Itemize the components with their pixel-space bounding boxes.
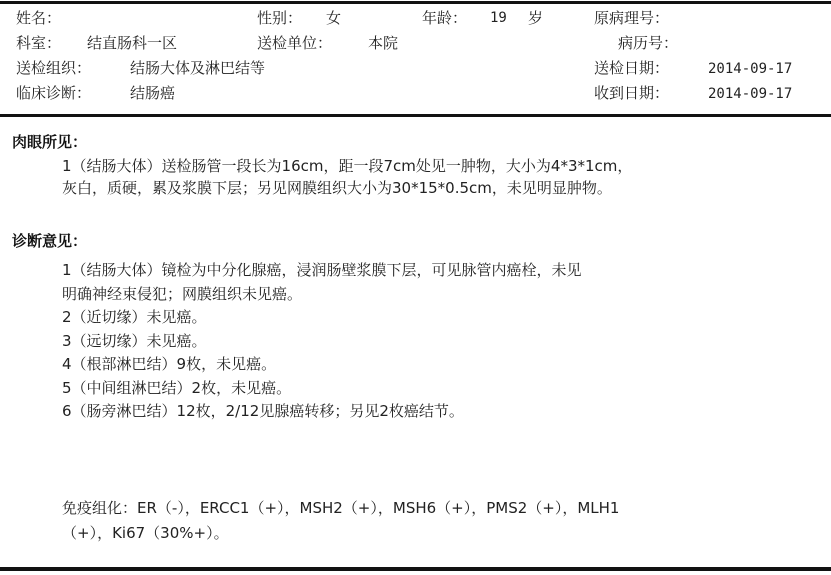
gender-value: 女 (326, 9, 341, 27)
diagnosis-line: 明确神经束侵犯；网膜组织未见癌。 (62, 283, 582, 307)
ihc-text: 免疫组化：ER（-），ERCC1（+），MSH2（+），MSH6（+），PMS2… (62, 496, 619, 546)
age-label: 年龄： (422, 9, 467, 27)
diagnosis-text: 1（结肠大体）镜检为中分化腺癌，浸润肠壁浆膜下层，可见脉管内癌栓，未见 明确神经… (62, 259, 582, 424)
diagnosis-line: 2（近切缘）未见癌。 (62, 306, 582, 330)
bottom-rule (0, 567, 831, 571)
diagnosis-line: 1（结肠大体）镜检为中分化腺癌，浸润肠壁浆膜下层，可见脉管内癌栓，未见 (62, 259, 582, 283)
diagnosis-title: 诊断意见： (12, 232, 87, 250)
specimen-value: 结肠大体及淋巴结等 (130, 59, 265, 77)
gross-findings-title: 肉眼所见： (12, 133, 87, 151)
diagnosis-line: 4（根部淋巴结）9枚，未见癌。 (62, 353, 582, 377)
original-pathology-no-label: 原病理号： (594, 9, 669, 27)
gender-label: 性别： (257, 9, 302, 27)
name-label: 姓名： (16, 9, 61, 27)
ihc-line: 免疫组化：ER（-），ERCC1（+），MSH2（+），MSH6（+），PMS2… (62, 496, 619, 521)
received-date-label: 收到日期： (594, 84, 669, 102)
specimen-label: 送检组织： (16, 59, 91, 77)
medical-record-no-label: 病历号： (618, 34, 678, 52)
ihc-line: （+），Ki67（30%+）。 (62, 521, 619, 546)
diagnosis-line: 5（中间组淋巴结）2枚，未见癌。 (62, 377, 582, 401)
diagnosis-line: 6（肠旁淋巴结）12枚，2/12见腺癌转移；另见2枚癌结节。 (62, 400, 582, 424)
department-value: 结直肠科一区 (87, 34, 177, 52)
gross-findings-text: 1（结肠大体）送检肠管一段长为16cm，距一段7cm处见一肿物，大小为4*3*1… (62, 155, 632, 199)
received-date-value: 2014-09-17 (708, 85, 792, 103)
diagnosis-line: 3（远切缘）未见癌。 (62, 330, 582, 354)
header-divider (0, 114, 831, 117)
department-label: 科室： (16, 34, 61, 52)
submitting-unit-value: 本院 (368, 34, 398, 52)
age-value: 19 (490, 9, 507, 27)
clinical-diagnosis-value: 结肠癌 (130, 84, 175, 102)
age-unit: 岁 (528, 9, 543, 27)
gross-line: 灰白，质硬，累及浆膜下层；另见网膜组织大小为30*15*0.5cm，未见明显肿物… (62, 177, 632, 199)
top-rule (0, 1, 831, 4)
gross-line: 1（结肠大体）送检肠管一段长为16cm，距一段7cm处见一肿物，大小为4*3*1… (62, 155, 632, 177)
clinical-diagnosis-label: 临床诊断： (16, 84, 91, 102)
submitting-unit-label: 送检单位： (257, 34, 332, 52)
submit-date-label: 送检日期： (594, 59, 669, 77)
submit-date-value: 2014-09-17 (708, 60, 792, 78)
